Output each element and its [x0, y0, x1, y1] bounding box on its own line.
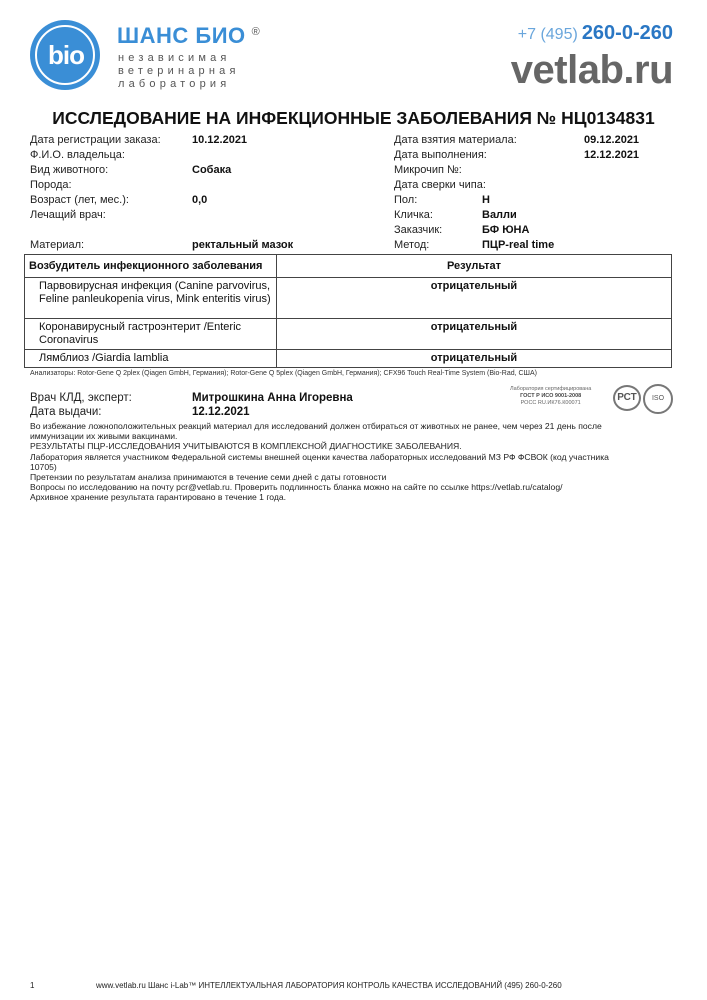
cert-line-1: Лаборатория сертифицирована: [510, 386, 591, 393]
registered-mark: ®: [252, 26, 261, 38]
chip-check-date-label: Дата сверки чипа:: [394, 179, 486, 191]
table-row: Лямблиоз /Giardia lamblia отрицательный: [25, 350, 672, 368]
customer-label: Заказчик:: [394, 224, 442, 236]
tagline-line-2: ветеринарная: [118, 65, 240, 78]
completion-date-label: Дата выполнения:: [394, 149, 487, 161]
analyzers-note: Анализаторы: Rotor-Gene Q 2plex (Qiagen …: [30, 370, 537, 377]
pathogen-cell: Лямблиоз /Giardia lamblia: [25, 350, 277, 368]
logo-icon-text: bio: [36, 40, 96, 70]
cert-line-3: РОСС RU.ИК76.К00071: [510, 400, 591, 407]
table-header-row: Возбудитель инфекционного заболевания Ре…: [25, 255, 672, 278]
results-table: Возбудитель инфекционного заболевания Ре…: [24, 254, 672, 368]
note-archive: Архивное хранение результата гарантирова…: [30, 492, 630, 502]
iso-seal-icon: ISO: [643, 384, 673, 414]
result-cell: отрицательный: [277, 319, 672, 350]
note-contacts: Вопросы по исследованию на почту pcr@vet…: [30, 482, 630, 492]
phone: +7 (495)260-0-260: [518, 22, 673, 45]
issue-date-value: 12.12.2021: [192, 406, 250, 418]
material-label: Материал:: [30, 239, 84, 251]
sample-date-label: Дата взятия материала:: [394, 134, 517, 146]
pet-name-value: Валли: [482, 209, 517, 221]
pathogen-column-header: Возбудитель инфекционного заболевания: [25, 255, 277, 278]
order-registration-label: Дата регистрации заказа:: [30, 134, 161, 146]
pathogen-cell: Парвовирусная инфекция (Canine parvoviru…: [25, 278, 277, 319]
age-value: 0,0: [192, 194, 207, 206]
document-title: ИССЛЕДОВАНИЕ НА ИНФЕКЦИОННЫЕ ЗАБОЛЕВАНИЯ…: [0, 108, 707, 129]
attending-doctor-label: Лечащий врач:: [30, 209, 106, 221]
pet-name-label: Кличка:: [394, 209, 433, 221]
table-row: Парвовирусная инфекция (Canine parvoviru…: [25, 278, 672, 319]
footer-text: www.vetlab.ru Шанс i-Lab™ ИНТЕЛЛЕКТУАЛЬН…: [96, 981, 562, 990]
website: vetlab.ru: [511, 48, 673, 93]
method-value: ПЦР-real time: [482, 239, 554, 251]
sample-date-value: 09.12.2021: [584, 134, 639, 146]
issue-date-label: Дата выдачи:: [30, 406, 102, 418]
result-cell: отрицательный: [277, 350, 672, 368]
note-fsvok: Лаборатория является участником Федераль…: [30, 452, 630, 472]
doctor-label: Врач КЛД, эксперт:: [30, 392, 132, 404]
sex-value: Н: [482, 194, 490, 206]
method-label: Метод:: [394, 239, 429, 251]
note-claims: Претензии по результатам анализа принима…: [30, 472, 630, 482]
note-pcr-results: РЕЗУЛЬТАТЫ ПЦР-ИССЛЕДОВАНИЯ УЧИТЫВАЮТСЯ …: [30, 441, 630, 451]
doctor-name: Митрошкина Анна Игоревна: [192, 392, 353, 404]
notes: Во избежание ложноположительных реакций …: [30, 421, 630, 503]
certification-text: Лаборатория сертифицирована ГОСТ Р ИСО 9…: [510, 386, 591, 407]
material-value: ректальный мазок: [192, 239, 293, 251]
pathogen-cell: Коронавирусный гастроэнтерит /Enteric Co…: [25, 319, 277, 350]
phone-number: 260-0-260: [582, 22, 673, 44]
customer-value: БФ ЮНА: [482, 224, 529, 236]
pct-certification-icon: РСТ: [613, 385, 641, 411]
tagline-line-1: независимая: [118, 52, 231, 65]
animal-type-label: Вид животного:: [30, 164, 108, 176]
microchip-label: Микрочип №:: [394, 164, 462, 176]
cert-line-2: ГОСТ Р ИСО 9001-2008: [510, 393, 591, 400]
age-label: Возраст (лет, мес.):: [30, 194, 129, 206]
animal-type-value: Собака: [192, 164, 231, 176]
breed-label: Порода:: [30, 179, 72, 191]
brand-name: ШАНС БИО®: [117, 23, 260, 49]
sex-label: Пол:: [394, 194, 417, 206]
result-column-header: Результат: [277, 255, 672, 278]
phone-code: +7 (495): [518, 26, 578, 43]
brand-name-text: ШАНС БИО: [117, 23, 246, 48]
completion-date-value: 12.12.2021: [584, 149, 639, 161]
tagline-line-3: лаборатория: [118, 78, 230, 91]
page-number: 1: [30, 981, 34, 990]
table-row: Коронавирусный гастроэнтерит /Enteric Co…: [25, 319, 672, 350]
order-registration-value: 10.12.2021: [192, 134, 247, 146]
owner-label: Ф.И.О. владельца:: [30, 149, 125, 161]
result-cell: отрицательный: [277, 278, 672, 319]
note-vaccination: Во избежание ложноположительных реакций …: [30, 421, 630, 441]
